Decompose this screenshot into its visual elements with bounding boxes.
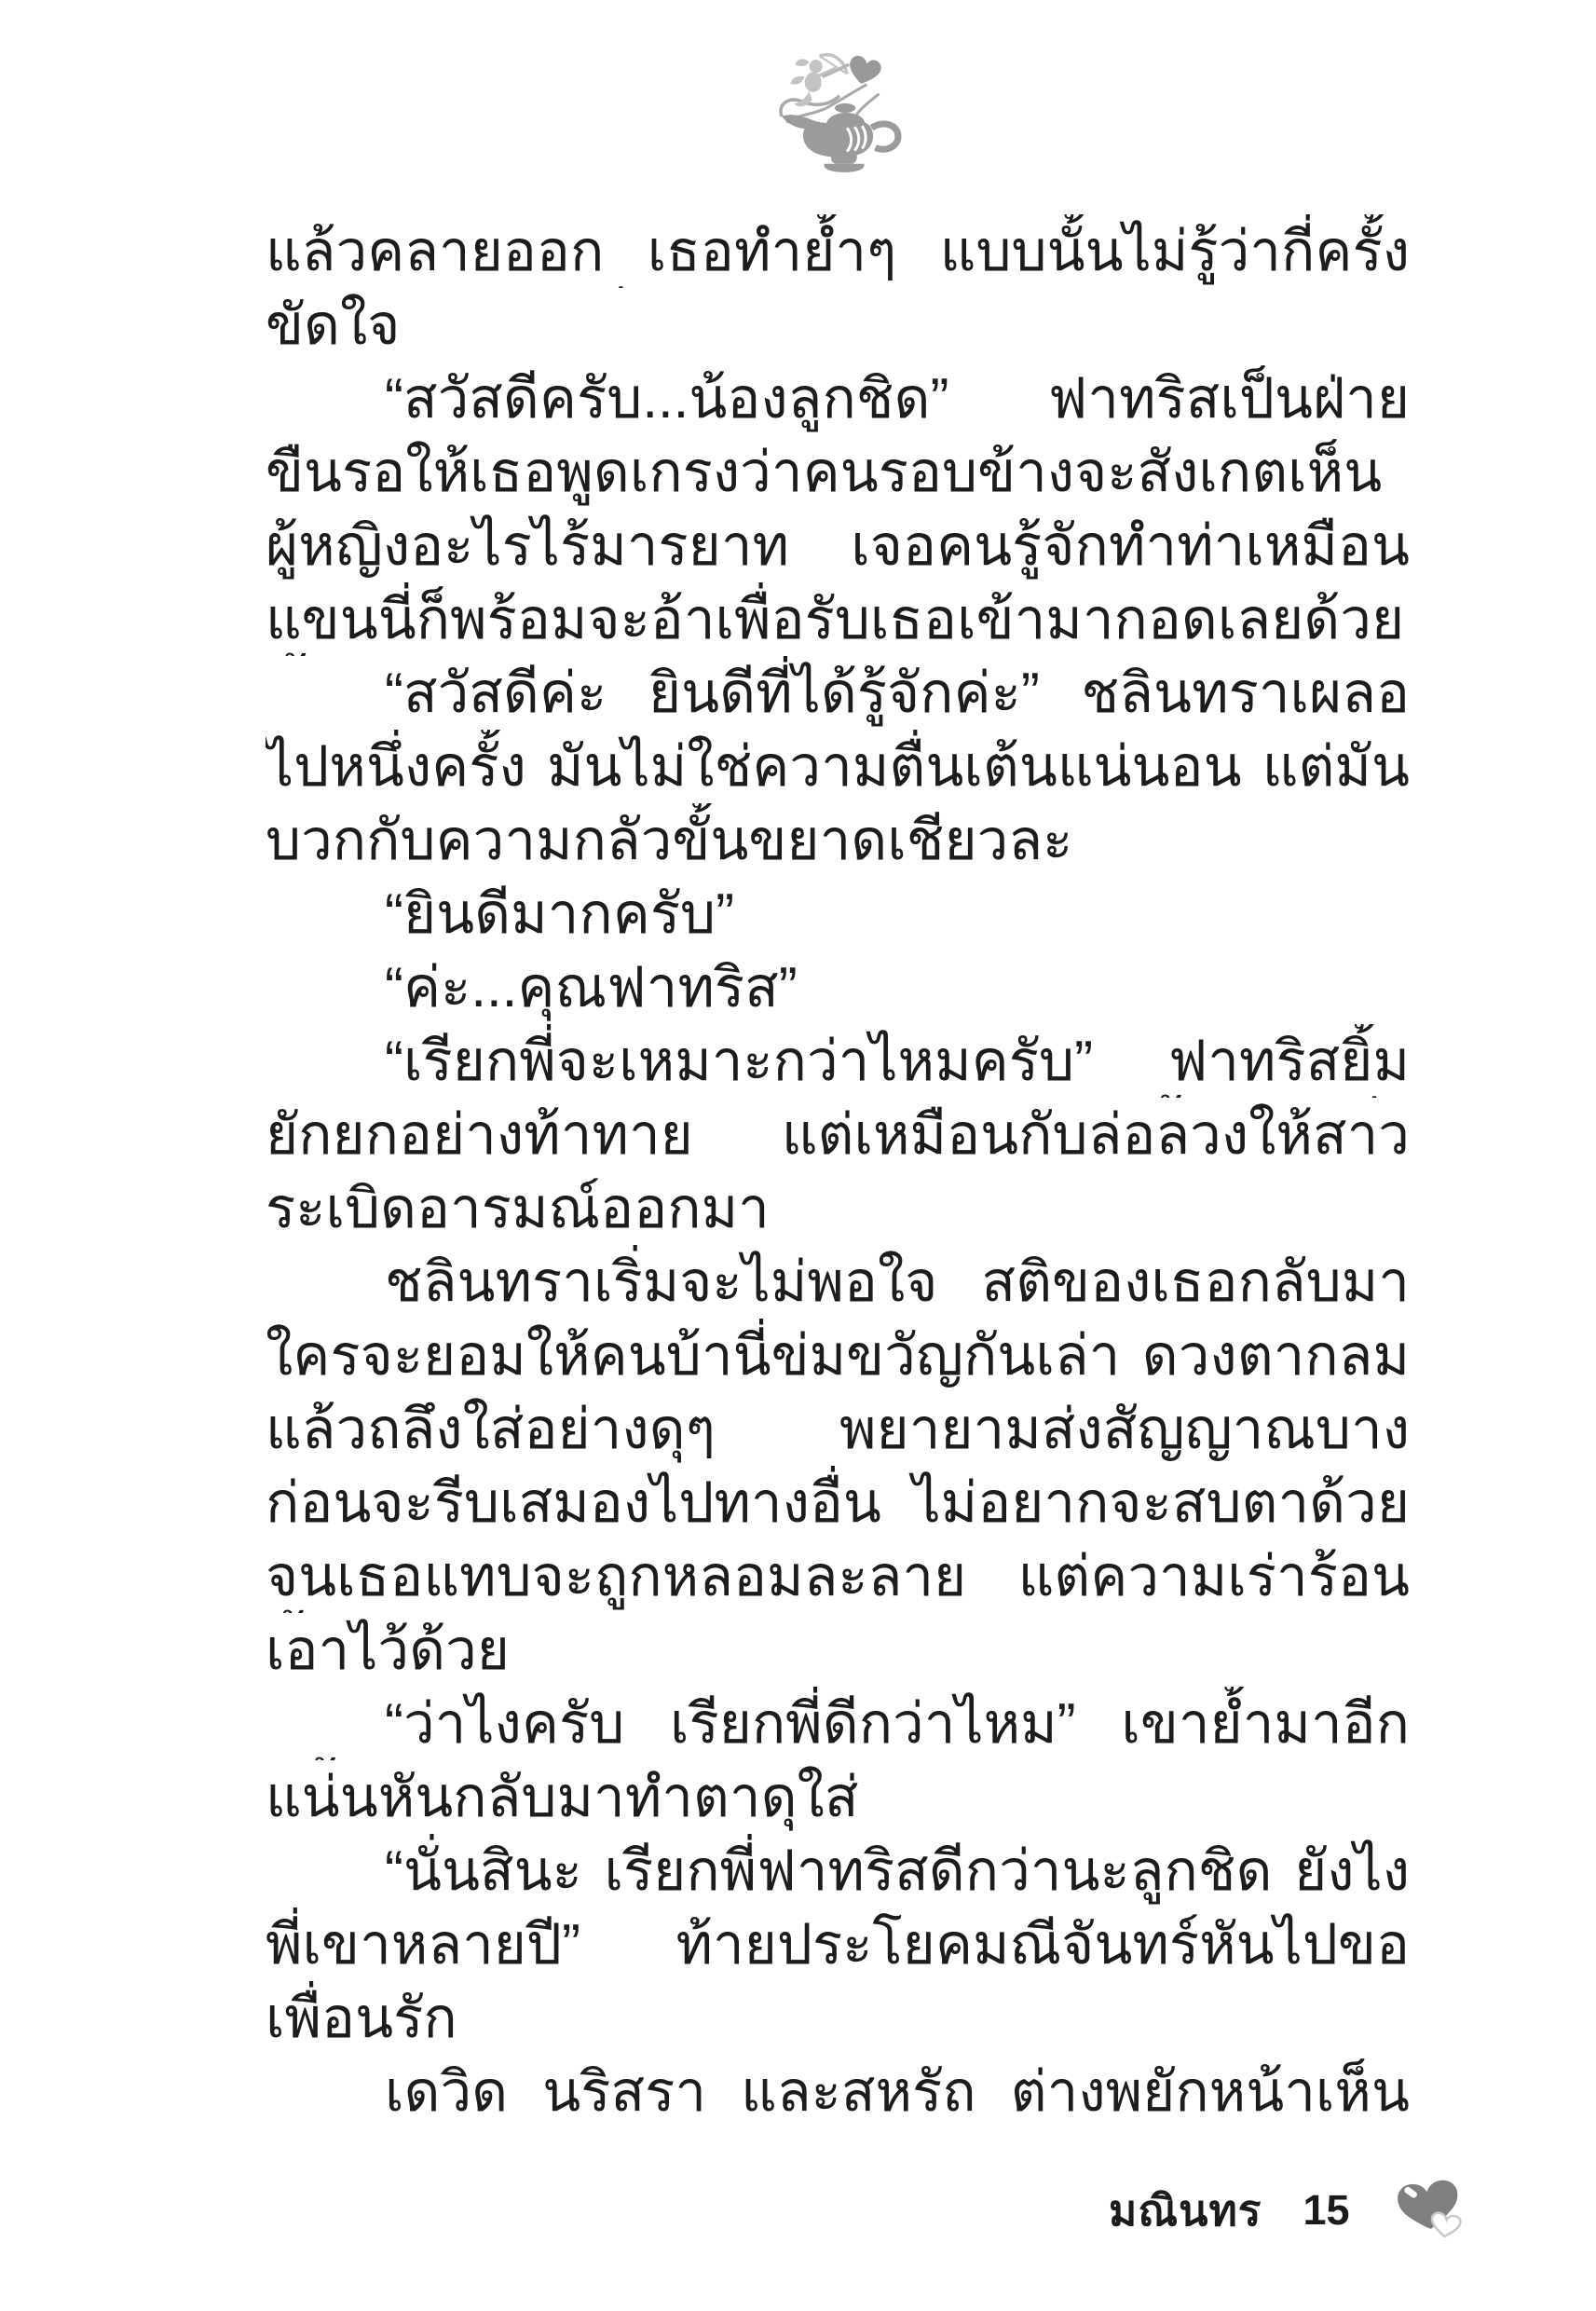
text-line: “สวัสดีครับ...น้องลูกชิด” ฟาทริสเป็นฝ่าย…: [266, 362, 1410, 435]
book-title: มณินทร: [1109, 2177, 1262, 2245]
text-line: ชลินทราเริ่มจะไม่พอใจ สติของเธอกลับมาอยู…: [266, 1245, 1410, 1319]
text-line: เพื่อนรัก: [266, 1981, 1410, 2055]
text-line: พี่เขาหลายปี” ท้ายประโยคมณีจันทร์หันไปขอ…: [266, 1908, 1410, 1981]
text-line: บวกกับความกลัวขั้นขยาดเชียวละ: [266, 803, 1410, 877]
text-line: เอาไว้ด้วย: [266, 1613, 1410, 1687]
text-line: เดวิด นริสรา และสหรัถ ต่างพยักหน้าเห็นด้…: [266, 2055, 1410, 2128]
text-line: ไปหนึ่งครั้ง มันไม่ใช่ความตื่นเต้นแน่นอน…: [266, 730, 1410, 803]
text-line: ระเบิดอารมณ์ออกมา: [266, 1171, 1410, 1245]
text-line: “ยินดีมากครับ”: [266, 877, 1410, 950]
text-line: ผู้หญิงอะไรไร้มารยาท เจอคนรู้จักทำท่าเหม…: [266, 509, 1410, 582]
smoke-heart-icon: [846, 54, 883, 88]
page-number: 15: [1303, 2186, 1349, 2235]
small-heart-icon: [1429, 2212, 1461, 2238]
text-line: แน่นหันกลับมาทำตาดุใส่: [266, 1760, 1410, 1834]
text-line: ก่อนจะรีบเสมองไปทางอื่น ไม่อยากจะสบตาด้ว…: [266, 1466, 1410, 1539]
text-line: แล้วถลึงใส่อย่างดุๆ พยายามส่งสัญญาณบางอย…: [266, 1392, 1410, 1466]
lamp-handle: [871, 124, 897, 149]
page-footer: มณินทร 15: [1109, 2175, 1469, 2246]
text-line: แล้วคลายออก เธอทำย้ำๆ แบบนั้นไม่รู้ว่ากี…: [266, 214, 1410, 288]
text-line: “เรียกพี่จะเหมาะกว่าไหมครับ” ฟาทริสยิ้มก…: [266, 1024, 1410, 1098]
text-line: ขัดใจ: [266, 288, 1410, 362]
genie-lamp-cupid-ornament-icon: [773, 48, 906, 181]
book-page: แล้วคลายออก เธอทำย้ำๆ แบบนั้นไม่รู้ว่ากี…: [0, 0, 1596, 2311]
text-line: แขนนี่ก็พร้อมจะอ้าเพื่อรับเธอเข้ามากอดเล…: [266, 582, 1410, 656]
ornament-svg: [773, 48, 906, 181]
text-line: “นั่นสินะ เรียกพี่ฟาทริสดีกว่านะลูกชิด ย…: [266, 1834, 1410, 1908]
text-line: “ค่ะ...คุณฟาทริส”: [266, 950, 1410, 1024]
text-line: “สวัสดีค่ะ ยินดีที่ได้รู้จักค่ะ” ชลินทรา…: [266, 656, 1410, 730]
text-line: ยักยกอย่างท้าทาย แต่เหมือนกับล่อลวงให้สา…: [266, 1098, 1410, 1171]
body-text: แล้วคลายออก เธอทำย้ำๆ แบบนั้นไม่รู้ว่ากี…: [266, 214, 1410, 2128]
text-line: ใครจะยอมให้คนบ้านี่ข่มขวัญกันเล่า ดวงตาก…: [266, 1319, 1410, 1392]
text-line: จนเธอแทบจะถูกหลอมละลาย แต่ความเร่าร้อนนั…: [266, 1539, 1410, 1613]
text-line: “ว่าไงครับ เรียกพี่ดีกว่าไหม” เขาย้ำมาอี…: [266, 1687, 1410, 1760]
text-line: ขืนรอให้เธอพูดเกรงว่าคนรอบข้างจะสังเกตเห…: [266, 435, 1410, 509]
double-hearts-icon: [1391, 2177, 1469, 2244]
